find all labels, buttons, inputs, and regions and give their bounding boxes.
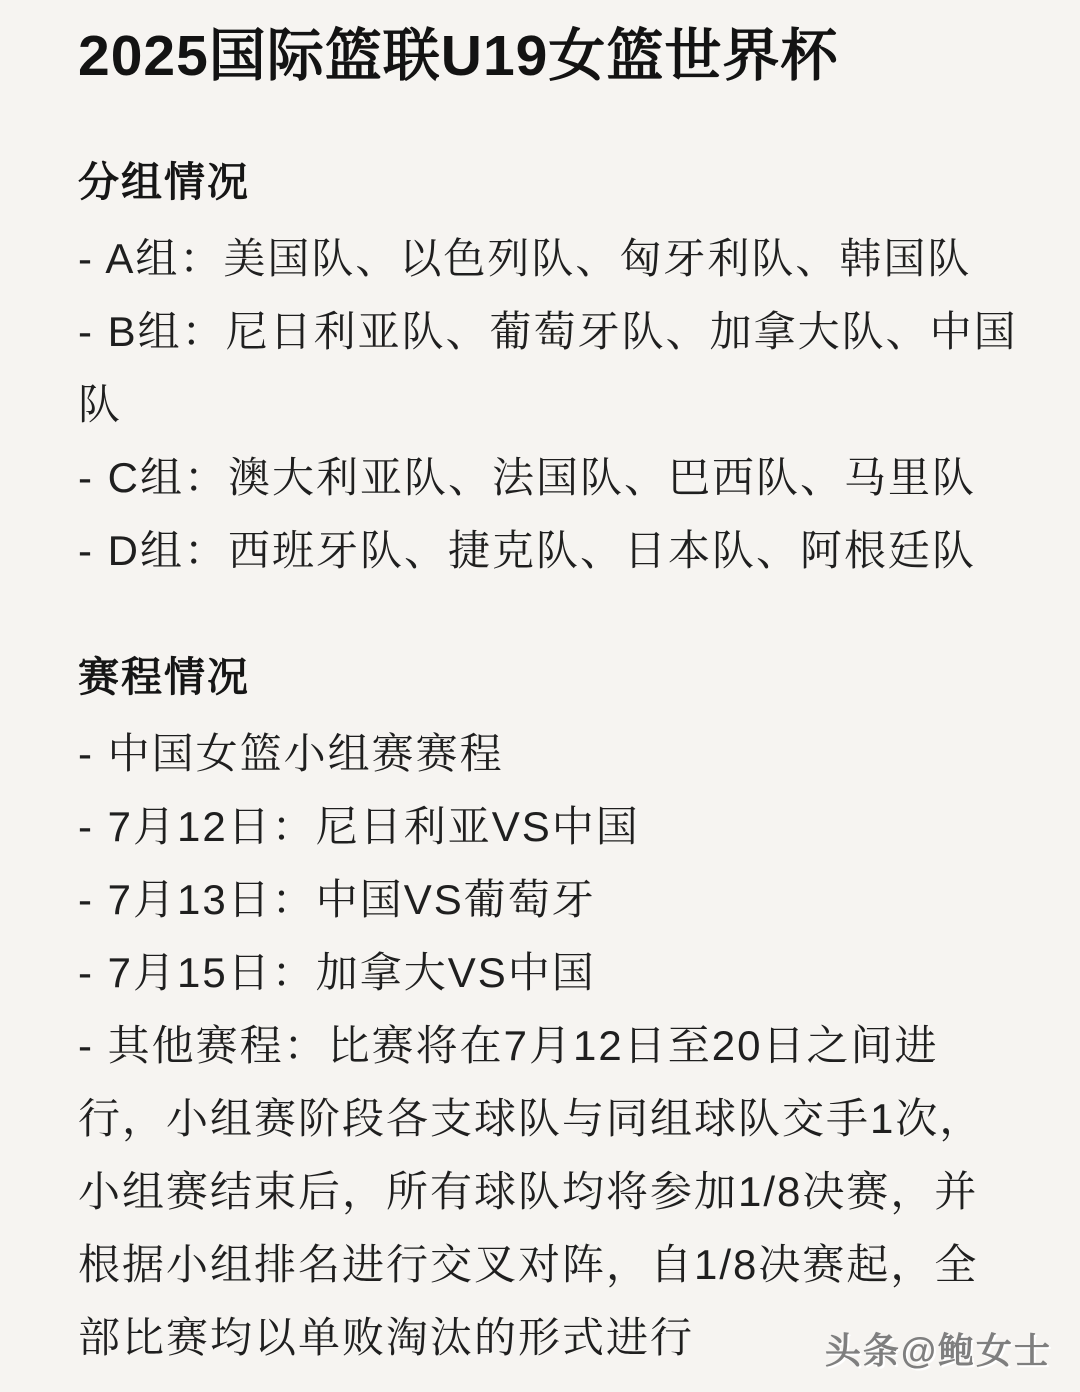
group-line-d: - D组：西班牙队、捷克队、日本队、阿根廷队 [78,514,1018,587]
group-list: - A组：美国队、以色列队、匈牙利队、韩国队 - B组：尼日利亚队、葡萄牙队、加… [78,222,1018,587]
watermark: 头条@鲍女士 [825,1323,1052,1374]
schedule-line-jul12: - 7月12日：尼日利亚VS中国 [78,790,1018,863]
group-line-a: - A组：美国队、以色列队、匈牙利队、韩国队 [78,222,1018,295]
schedule-other-paragraph: - 其他赛程：比赛将在7月12日至20日之间进行，小组赛阶段各支球队与同组球队交… [78,1009,1018,1374]
group-line-c: - C组：澳大利亚队、法国队、巴西队、马里队 [78,441,1018,514]
group-line-b: - B组：尼日利亚队、葡萄牙队、加拿大队、中国队 [78,295,1018,441]
schedule-line-jul13: - 7月13日：中国VS葡萄牙 [78,863,1018,936]
schedule-line-jul15: - 7月15日：加拿大VS中国 [78,936,1018,1009]
page-title: 2025国际篮联U19女篮世界杯 [78,16,1018,96]
schedule-line-intro: - 中国女篮小组赛赛程 [78,717,1018,790]
section-heading-schedule: 赛程情况 [78,647,1018,707]
section-heading-groups: 分组情况 [78,152,1018,212]
schedule-list: - 中国女篮小组赛赛程 - 7月12日：尼日利亚VS中国 - 7月13日：中国V… [78,717,1018,1374]
article-page: 2025国际篮联U19女篮世界杯 分组情况 - A组：美国队、以色列队、匈牙利队… [0,0,1080,1392]
